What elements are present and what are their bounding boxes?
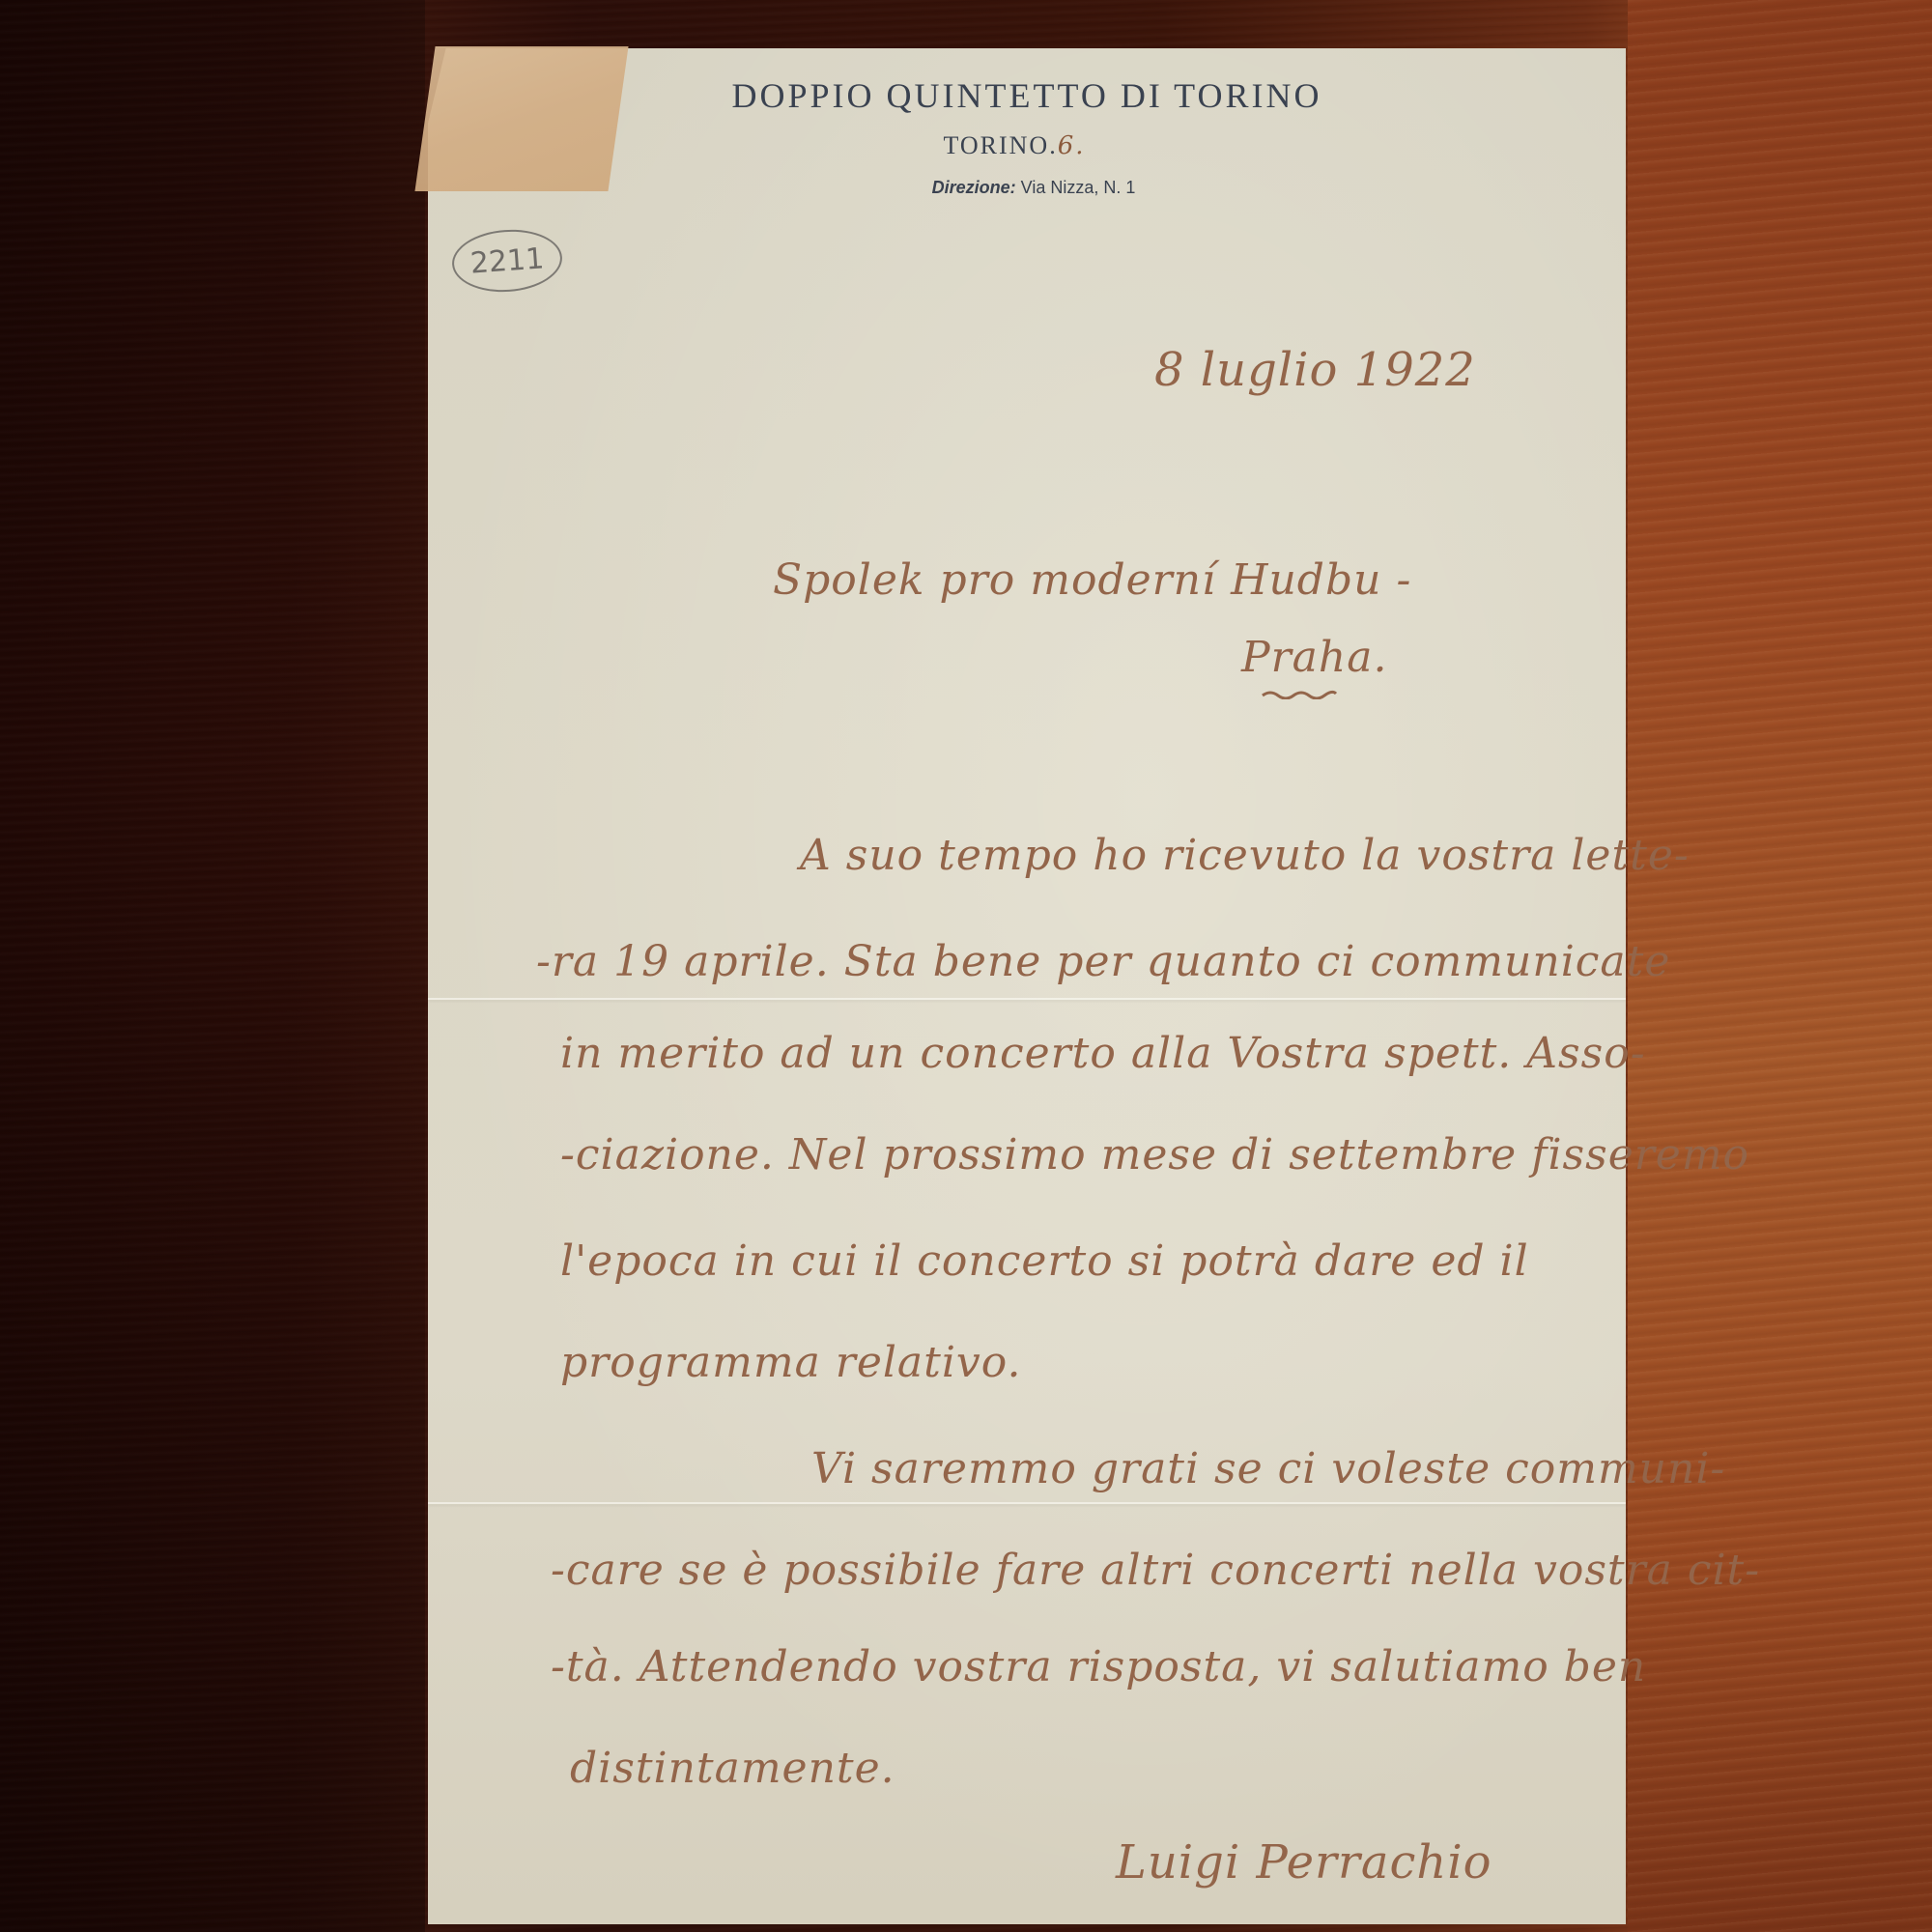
body-line-9: -tà. Attendendo vostra risposta, vi salu… <box>551 1642 1646 1691</box>
letterhead-address: Direzione: Via Nizza, N. 1 <box>811 178 1256 198</box>
letterhead-city: TORINO.6. <box>869 131 1159 160</box>
body-line-10: distintamente. <box>570 1744 895 1793</box>
letter-date: 8 luglio 1922 <box>1154 343 1476 397</box>
body-line-7: Vi saremmo grati se ci voleste communi- <box>811 1444 1725 1493</box>
letterhead-organization: DOPPIO QUINTETTO DI TORINO <box>428 75 1626 116</box>
body-line-6: programma relativo. <box>560 1338 1021 1387</box>
address-label: Direzione: <box>932 178 1016 197</box>
wood-table-left <box>0 0 425 1932</box>
city-handwritten-suffix: 6. <box>1058 131 1086 160</box>
body-line-1: A suo tempo ho ricevuto la vostra lette- <box>800 831 1690 880</box>
wood-table-right <box>1628 0 1932 1932</box>
city-printed: TORINO. <box>943 131 1057 159</box>
body-line-8: -care se è possibile fare altri concerti… <box>551 1546 1760 1595</box>
body-line-5: l'epoca in cui il concerto si potrà dare… <box>560 1236 1529 1286</box>
fold-line-upper <box>428 998 1626 1000</box>
recipient-line-2: Praha. <box>1241 633 1387 682</box>
recipient-line-1: Spolek pro moderní Hudbu - <box>773 555 1411 605</box>
recipient-underline <box>1261 688 1338 699</box>
address-value: Via Nizza, N. 1 <box>1021 178 1136 197</box>
body-line-2: -ra 19 aprile. Sta bene per quanto ci co… <box>536 937 1670 986</box>
fold-line-lower <box>428 1502 1626 1504</box>
signature: Luigi Perrachio <box>1116 1835 1492 1889</box>
body-line-4: -ciazione. Nel prossimo mese di settembr… <box>560 1130 1749 1179</box>
adhesive-tape-patch <box>414 46 628 191</box>
body-line-3: in merito ad un concerto alla Vostra spe… <box>560 1029 1646 1078</box>
